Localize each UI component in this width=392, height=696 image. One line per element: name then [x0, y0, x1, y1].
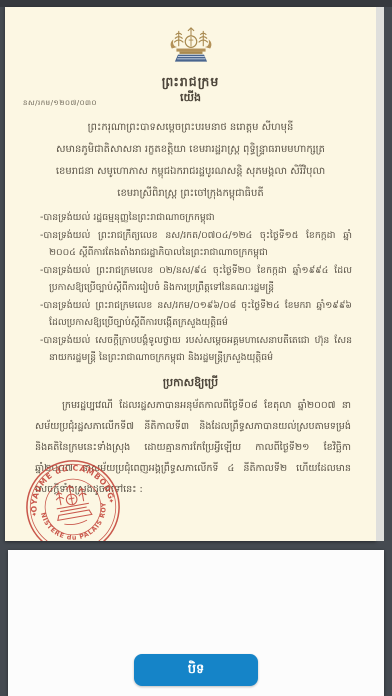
recital-item: -បានទ្រង់យល់ រដ្ឋធម្មនុញ្ញនៃព្រះរាជាណាចក… [49, 209, 352, 227]
royal-title-line: សមានភូមិជាតិសាសនា រក្ខតខត្តិយា ខេមរារដ្ឋ… [5, 139, 376, 161]
close-button[interactable]: បិទ [134, 654, 258, 686]
recitals-block: -បានទ្រង់យល់ រដ្ឋធម្មនុញ្ញនៃព្រះរាជាណាចក… [5, 209, 376, 367]
royal-title-block: ព្រះករុណាព្រះបាទសម្តេចព្រះបរមនាថ នរោត្តម… [5, 117, 376, 205]
royal-arms-of-cambodia-icon [168, 23, 214, 71]
royal-title-line: ខេមរាជនា សមូហោភាស កម្ពុជឯករាជរដ្ឋបូរណសន្… [5, 161, 376, 183]
royal-title-line: ខេមរាស្រីពិរាស្ត្រ ព្រះចៅក្រុងកម្ពុជាធិប… [5, 183, 376, 205]
document-title: ព្រះរាជក្រម [5, 73, 376, 90]
recital-item: -បានទ្រង់យល់ ព្រះរាជក្រមលេខ នស/រកម/០១៩៦/… [49, 297, 352, 332]
recital-item: -បានទ្រង់យល់ សេចក្តីក្រាបបង្គំទូលថ្វាយ រ… [49, 332, 352, 367]
document-page-1[interactable]: ព្រះរាជក្រម នស/រកម/១២០៧/០៣០ យើង ព្រះករុណ… [5, 7, 376, 541]
page-right-edge [376, 7, 384, 541]
recital-item: -បានទ្រង់យល់ ព្រះរាជក្រមលេខ ០២/នស/៩៤ ចុះ… [49, 262, 352, 297]
reference-number: នស/រកម/១២០៧/០៣០ [23, 99, 97, 109]
royal-title-line: ព្រះករុណាព្រះបាទសម្តេចព្រះបរមនាថ នរោត្តម… [5, 117, 376, 139]
promulgation-heading: ប្រកាសឱ្យប្រើ [5, 374, 376, 391]
viewer-top-edge [0, 0, 392, 7]
recital-item: -បានទ្រង់យល់ ព្រះរាជក្រឹត្យលេខ នស/រកត/០៧… [49, 227, 352, 262]
ministry-palace-stamp-icon: ROYAUME du CAMBODGE MINISTERE du PALAIS … [17, 451, 128, 541]
pdf-viewer-screen: ព្រះរាជក្រម នស/រកម/១២០៧/០៣០ យើង ព្រះករុណ… [0, 0, 392, 696]
